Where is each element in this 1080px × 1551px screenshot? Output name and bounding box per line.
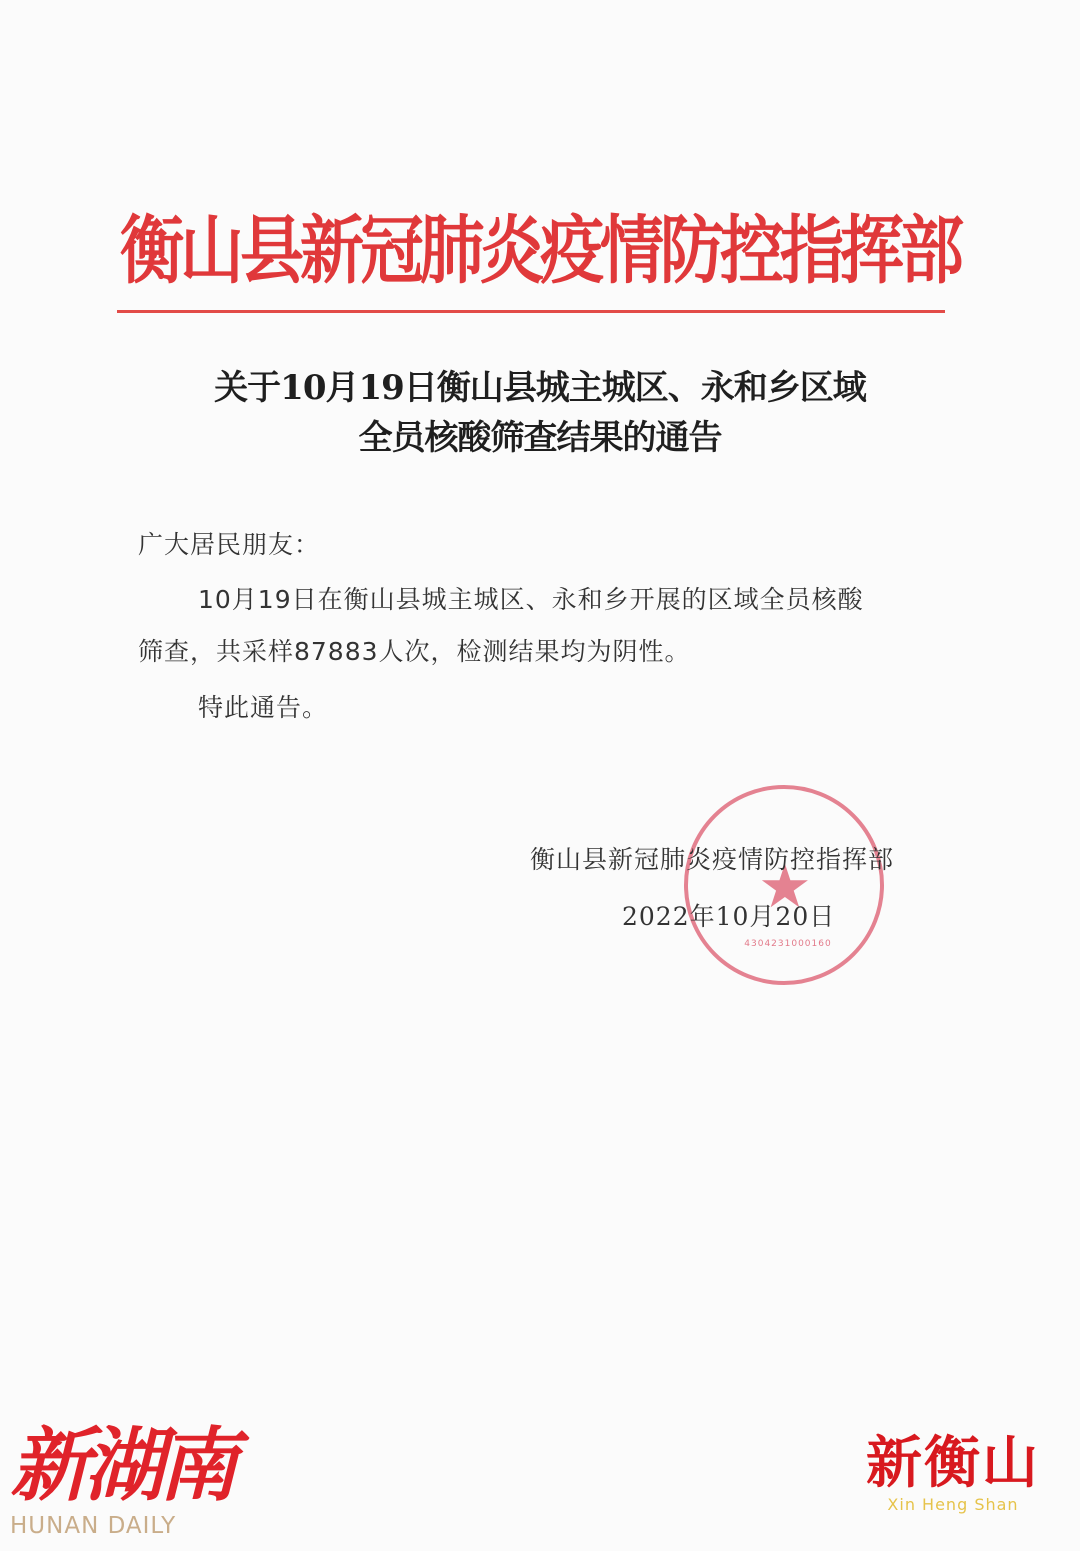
signature-date: 2022年10月20日	[622, 897, 835, 933]
official-seal: ★ 4304231000160	[684, 785, 884, 985]
salutation: 广大居民朋友：	[138, 525, 320, 561]
hunan-daily-logo: 新湖南 HUNAN DAILY	[10, 1425, 232, 1539]
issuing-organization-header: 衡山县新冠肺炎疫情防控指挥部	[120, 192, 940, 298]
body-paragraph-line-1: 10月19日在衡山县城主城区、永和乡开展的区域全员核酸	[198, 580, 864, 616]
notice-title-line-2: 全员核酸筛查结果的通告	[120, 410, 960, 459]
logo-left-chinese: 新湖南	[10, 1425, 232, 1505]
xin-heng-shan-logo: 新衡山 Xin Heng Shan	[848, 1435, 1058, 1514]
signature-organization: 衡山县新冠肺炎疫情防控指挥部	[530, 840, 894, 876]
notice-title-line-1: 关于10月19日衡山县城主城区、永和乡区域	[120, 360, 960, 409]
seal-code: 4304231000160	[728, 939, 848, 949]
logo-left-english: HUNAN DAILY	[10, 1513, 232, 1539]
header-red-rule	[117, 310, 945, 313]
logo-right-chinese: 新衡山	[848, 1435, 1058, 1491]
closing-remark: 特此通告。	[198, 688, 328, 724]
logo-right-english: Xin Heng Shan	[848, 1495, 1058, 1514]
body-paragraph-line-2: 筛查，共采样87883人次，检测结果均为阴性。	[138, 632, 691, 668]
